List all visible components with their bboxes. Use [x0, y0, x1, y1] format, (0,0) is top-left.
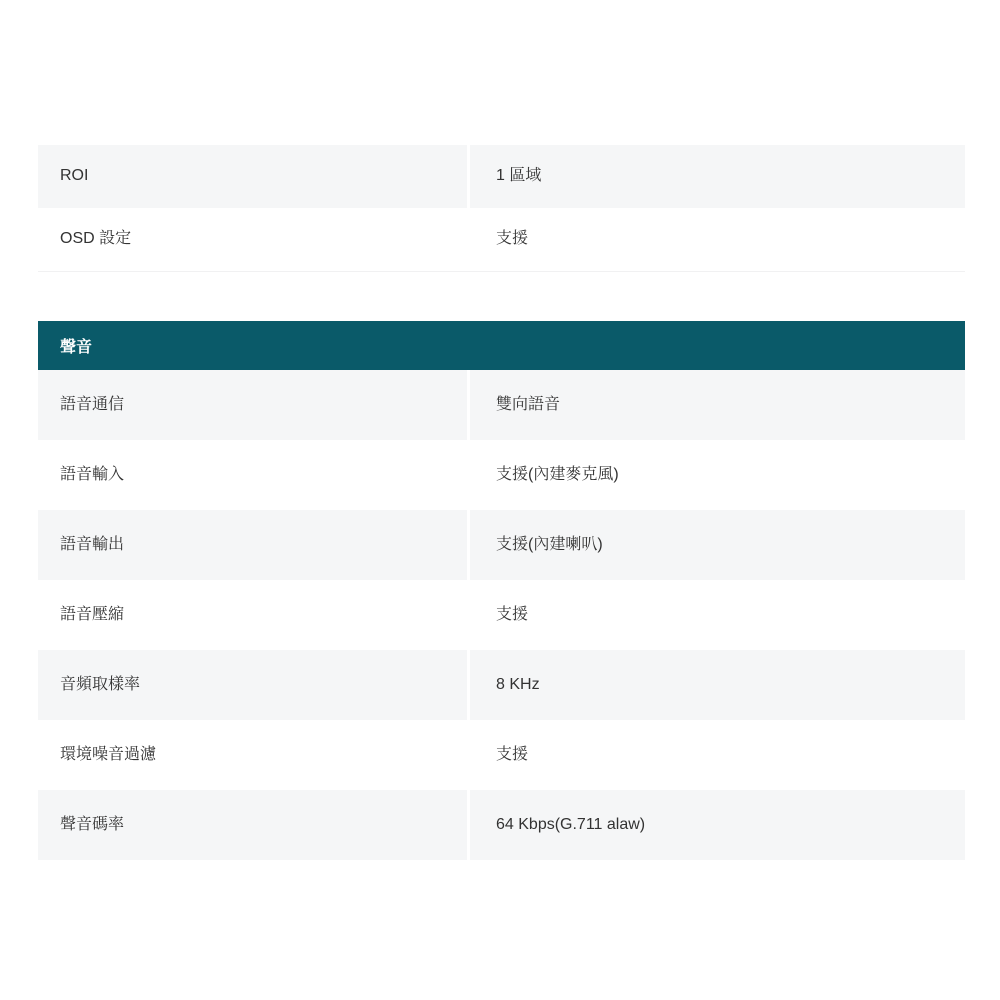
spec-label-audio-bitrate: 聲音碼率 [38, 790, 467, 860]
spec-label-noise-filter: 環境噪音過濾 [38, 720, 467, 790]
spec-label-audio-output: 語音輸出 [38, 510, 467, 580]
spec-value-audio-bitrate: 64 Kbps(G.711 alaw) [470, 790, 965, 860]
spec-label-audio-compression: 語音壓縮 [38, 580, 467, 650]
spec-section: ROI 1 區域 OSD 設定 支援 聲音 語音通信 雙向語音 語音輸入 支援(… [38, 145, 965, 860]
table-row: 環境噪音過濾 支援 [38, 720, 965, 790]
spec-label-osd: OSD 設定 [38, 208, 467, 271]
spec-value-osd: 支援 [470, 208, 965, 271]
table-row: 音頻取樣率 8 KHz [38, 650, 965, 720]
spec-label-roi: ROI [38, 145, 467, 208]
spec-value-audio-output: 支援(內建喇叭) [470, 510, 965, 580]
spec-value-audio-input: 支援(內建麥克風) [470, 440, 965, 510]
table-row: 語音通信 雙向語音 [38, 370, 965, 440]
spec-value-noise-filter: 支援 [470, 720, 965, 790]
table-row: ROI 1 區域 [38, 145, 965, 208]
table-row: 語音壓縮 支援 [38, 580, 965, 650]
spec-value-sampling-rate: 8 KHz [470, 650, 965, 720]
spec-label-voice-communication: 語音通信 [38, 370, 467, 440]
section-gap [38, 272, 965, 321]
table-row: 語音輸入 支援(內建麥克風) [38, 440, 965, 510]
spec-table-general: ROI 1 區域 OSD 設定 支援 [38, 145, 965, 272]
spec-value-voice-communication: 雙向語音 [470, 370, 965, 440]
table-row: OSD 設定 支援 [38, 208, 965, 271]
spec-table-audio: 語音通信 雙向語音 語音輸入 支援(內建麥克風) 語音輸出 支援(內建喇叭) 語… [38, 370, 965, 860]
spec-value-roi: 1 區域 [470, 145, 965, 208]
table-row: 聲音碼率 64 Kbps(G.711 alaw) [38, 790, 965, 860]
table-row: 語音輸出 支援(內建喇叭) [38, 510, 965, 580]
spec-label-sampling-rate: 音頻取樣率 [38, 650, 467, 720]
spec-label-audio-input: 語音輸入 [38, 440, 467, 510]
spec-value-audio-compression: 支援 [470, 580, 965, 650]
section-header-audio: 聲音 [38, 321, 965, 370]
